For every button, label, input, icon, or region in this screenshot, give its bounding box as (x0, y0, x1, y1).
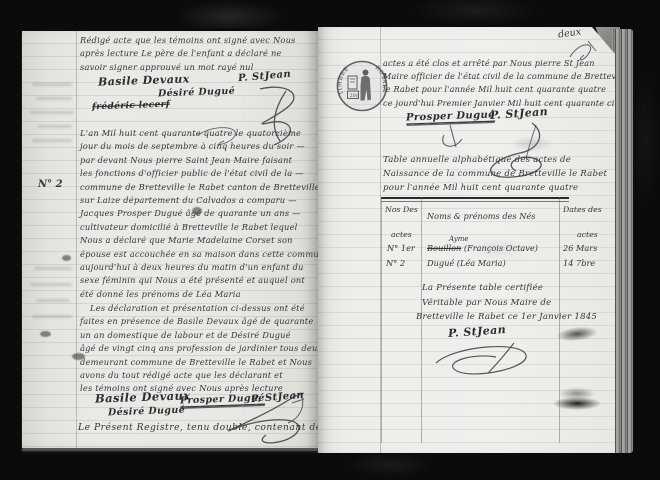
name-correction: Ayme (449, 235, 469, 243)
table-row: 14 7bre (563, 258, 595, 268)
margin-rule-line (76, 31, 77, 448)
handwritten-line: Nous a déclaré que Marie Madelaine Corse… (80, 234, 318, 247)
handwritten-line: épouse est accouchée en sa maison dans c… (80, 248, 318, 261)
scan-background-smudge (630, 70, 660, 210)
margin-act-number: N° 2 (38, 179, 63, 190)
bleed-through-mark (32, 139, 72, 142)
timbre-royal-stamp: TIMBRE ROYAL 20c (334, 58, 390, 114)
table-row: 26 Mars (563, 243, 597, 253)
table-row: Dugué (Léa Maria) (427, 258, 506, 268)
book-fore-edge (612, 29, 633, 453)
bleed-through-mark (34, 267, 72, 270)
signature-basile-devaux: Basile Devaux (98, 72, 190, 88)
handwritten-line: Rédigé acte que les témoins ont signé av… (80, 34, 296, 47)
name-struck: Bouillon (427, 243, 461, 253)
table-header-names: Noms & prénoms des Nés (427, 211, 535, 221)
table-header-dates: Dates des (563, 205, 602, 214)
handwritten-line: sexe féminin qui Nous a été présenté et … (80, 274, 318, 287)
handwritten-line: L'an Mil huit cent quarante quatre le qu… (80, 127, 318, 140)
certification-paragraph: La Présente table certifiée Véritable pa… (422, 281, 597, 325)
table-row: N° 2 (386, 258, 405, 268)
scan-background-smudge (175, 0, 285, 28)
table-column-line (381, 197, 382, 443)
table-row: AymeBouillon (François Octave) (427, 243, 538, 253)
handwritten-line: âgé de vingt cinq ans profession de jard… (80, 342, 318, 355)
handwritten-line: Naissance de la commune de Bretteville l… (383, 168, 607, 182)
handwritten-line: commune de Bretteville le Rabet canton d… (80, 181, 318, 194)
handwritten-line: aujourd'hui à deux heures du matin d'un … (80, 261, 318, 274)
bleed-through-mark (30, 283, 72, 286)
ink-smudge (553, 397, 601, 410)
handwritten-line: les fonctions d'officier public de l'éta… (80, 167, 318, 180)
ink-speck (40, 331, 51, 337)
scan-background-smudge (345, 452, 435, 478)
stamp-value: 20c (350, 93, 359, 99)
signature-prosper-dugue: Prosper Dugué (406, 109, 495, 124)
bleed-through-mark (32, 83, 72, 86)
handwritten-line: été donné les prénoms de Léa Maria (80, 288, 318, 301)
register-closure-paragraph: actes a été clos et arrêté par Nous pier… (383, 57, 615, 110)
handwritten-line: actes a été clos et arrêté par Nous pier… (383, 57, 615, 70)
svg-text:TIMBRE: TIMBRE (337, 66, 350, 96)
folio-corner-note: deux (557, 27, 581, 41)
stamp-arc-text: TIMBRE (337, 66, 350, 96)
annual-table-title: Table annuelle alphabétique des actes de… (383, 154, 607, 195)
previous-act-closing: Rédigé acte que les témoins ont signé av… (80, 34, 296, 74)
handwritten-line: Table annuelle alphabétique des actes de (383, 154, 607, 168)
left-page: Rédigé acte que les témoins ont signé av… (22, 31, 318, 448)
handwritten-line: avons du tout rédigé acte que les déclar… (80, 369, 318, 382)
paper-stain (510, 135, 554, 153)
handwritten-line: cultivateur domicilié à Bretteville le R… (80, 221, 318, 234)
handwritten-line: le Rabet pour l'année Mil huit cent quar… (383, 83, 615, 96)
signature-desire-dugue: Désiré Dugué (158, 86, 235, 100)
register-closing-line: Le Présent Registre, tenu double, conten… (78, 422, 318, 433)
handwritten-line: pour l'année Mil huit cent quarante quat… (383, 182, 607, 196)
act-body: L'an Mil huit cent quarante quatre le qu… (80, 127, 318, 301)
handwritten-line: Maire officier de l'état civil de la com… (383, 70, 615, 83)
handwritten-line: sur Laize département du Calvados a comp… (80, 194, 318, 207)
handwritten-line: Bretteville le Rabet ce 1er Janvier 1845 (416, 310, 597, 325)
table-header-acts-no: Nos Des (385, 205, 418, 214)
table-row: N° 1er (387, 243, 415, 253)
bleed-through-mark (38, 125, 72, 128)
handwritten-line: La Présente table certifiée (422, 281, 597, 296)
bleed-through-mark (36, 97, 72, 100)
handwritten-line: demeurant commune de Bretteville le Rabe… (80, 356, 318, 369)
table-top-border (381, 197, 569, 199)
signature-frederic-lecerf: frédéric lecerf (92, 100, 170, 113)
stamp-figure (348, 70, 372, 101)
name-rest: (François Octave) (461, 243, 538, 253)
table-header-acts-no: actes (391, 230, 412, 239)
handwritten-line: un an domestique de labour et de Désiré … (80, 329, 318, 342)
handwritten-line: après lecture Le père de l'enfant a décl… (80, 47, 296, 60)
signature-mayor: P. StJean (490, 105, 549, 122)
bleed-through-mark (32, 315, 72, 318)
right-page: deux TIMBRE ROYAL 20c actes a été clos e… (318, 27, 615, 453)
ink-speck (62, 255, 71, 261)
bleed-through-mark (30, 111, 74, 114)
handwritten-line: par devant Nous pierre Saint Jean Maire … (80, 154, 318, 167)
handwritten-line: Jacques Prosper Dugué âgé de quarante un… (80, 207, 318, 220)
signature-basile-devaux: Basile Devaux (95, 388, 191, 405)
table-header-dates: actes (577, 230, 598, 239)
signature-desire-dugue: Désiré Dugué (108, 405, 185, 419)
bleed-through-mark (36, 299, 70, 302)
scan-background-smudge (410, 0, 540, 26)
handwritten-line: jour du mois de septembre à cinq heures … (80, 140, 318, 153)
handwritten-line: faites en présence de Basile Devaux âgé … (80, 315, 318, 328)
declaration-paragraph: Les déclaration et présentation ci-dessu… (80, 302, 318, 396)
handwritten-line: Véritable par Nous Maire de (422, 296, 597, 311)
handwritten-line: Les déclaration et présentation ci-dessu… (80, 302, 318, 315)
table-top-border (381, 201, 569, 202)
